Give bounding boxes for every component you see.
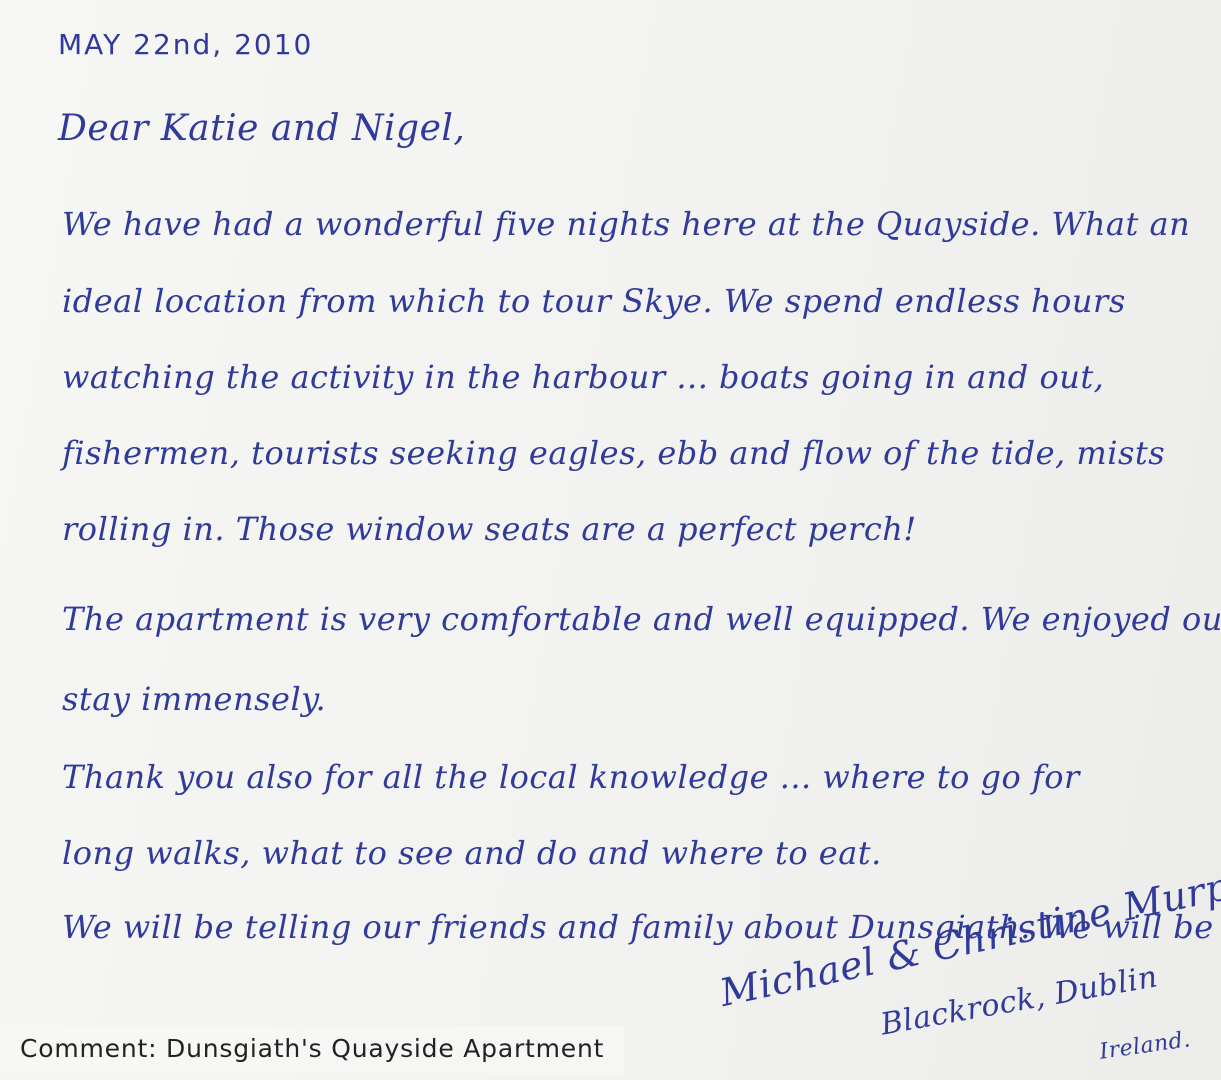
letter-line-8: Thank you also for all the local knowled… xyxy=(62,758,1080,796)
letter-line-5: rolling in. Those window seats are a per… xyxy=(62,510,917,548)
letter-line-6: The apartment is very comfortable and we… xyxy=(62,600,1221,638)
image-caption: Comment: Dunsgiath's Quayside Apartment xyxy=(0,1026,624,1073)
signature-country: Ireland. xyxy=(1098,1027,1192,1065)
letter-date: MAY 22nd, 2010 xyxy=(58,28,313,61)
letter-greeting: Dear Katie and Nigel, xyxy=(58,108,465,149)
letter-line-1: We have had a wonderful five nights here… xyxy=(62,205,1190,243)
letter-line-9: long walks, what to see and do and where… xyxy=(62,834,882,872)
letter-line-4: fishermen, tourists seeking eagles, ebb … xyxy=(62,434,1165,472)
guestbook-page: MAY 22nd, 2010 Dear Katie and Nigel, We … xyxy=(0,0,1221,1080)
letter-line-7: stay immensely. xyxy=(62,680,326,718)
letter-line-3: watching the activity in the harbour ...… xyxy=(62,358,1104,396)
letter-line-2: ideal location from which to tour Skye. … xyxy=(62,282,1126,320)
